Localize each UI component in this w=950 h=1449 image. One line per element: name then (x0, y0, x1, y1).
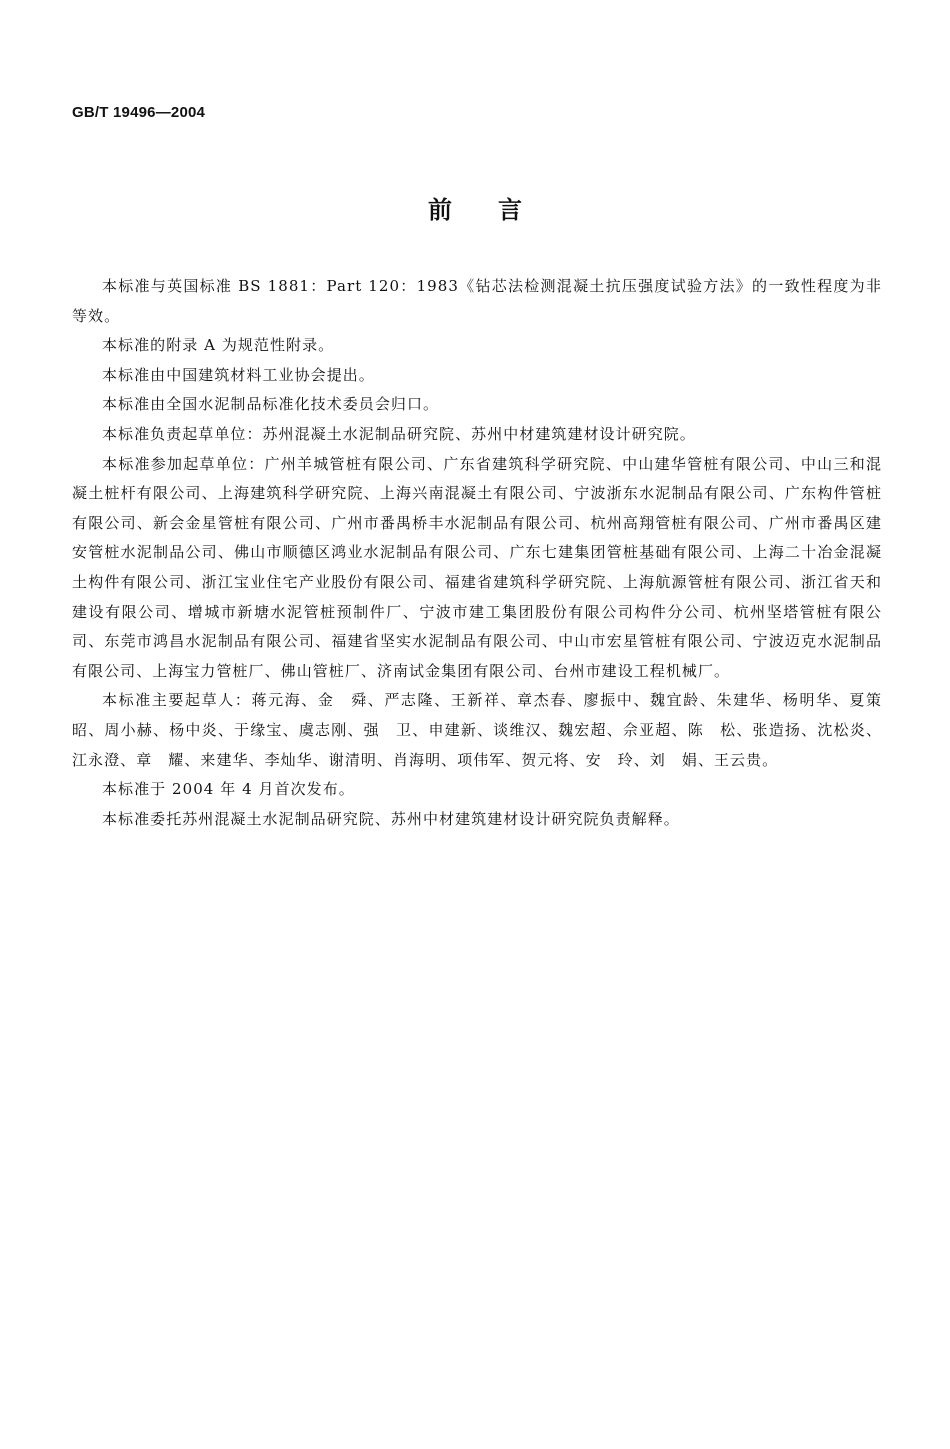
paragraph-lead-drafters: 本标准负责起草单位：苏州混凝土水泥制品研究院、苏州中材建筑建材设计研究院。 (72, 420, 882, 450)
paragraph-first-release: 本标准于 2004 年 4 月首次发布。 (72, 775, 882, 805)
paragraph-annex: 本标准的附录 A 为规范性附录。 (72, 331, 882, 361)
standard-code: GB/T 19496—2004 (72, 104, 205, 121)
paragraph-interpretation: 本标准委托苏州混凝土水泥制品研究院、苏州中材建筑建材设计研究院负责解释。 (72, 805, 882, 835)
paragraph-participating-units: 本标准参加起草单位：广州羊城管桩有限公司、广东省建筑科学研究院、中山建华管桩有限… (72, 450, 882, 687)
page-title: 前言 (0, 190, 950, 225)
paragraph-proposer: 本标准由中国建筑材料工业协会提出。 (72, 361, 882, 391)
paragraph-administrator: 本标准由全国水泥制品标准化技术委员会归口。 (72, 390, 882, 420)
foreword-body: 本标准与英国标准 BS 1881：Part 120：1983《钻芯法检测混凝土抗… (72, 272, 882, 834)
paragraph-equivalence: 本标准与英国标准 BS 1881：Part 120：1983《钻芯法检测混凝土抗… (72, 272, 882, 331)
paragraph-main-drafters: 本标准主要起草人：蒋元海、金 舜、严志隆、王新祥、章杰春、廖振中、魏宜龄、朱建华… (72, 686, 882, 775)
